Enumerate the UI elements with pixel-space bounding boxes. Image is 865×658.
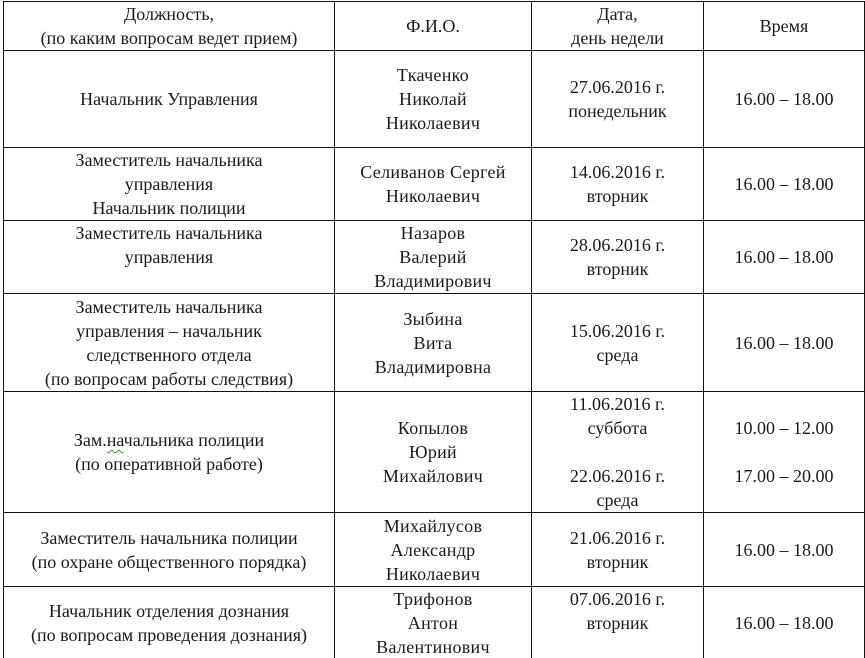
header-time-text: Время xyxy=(706,14,862,38)
name-line: Николай xyxy=(337,87,529,111)
position-line: управления – начальник xyxy=(6,319,332,343)
time-text: 16.00 – 18.00 xyxy=(706,87,862,111)
header-time: Время xyxy=(704,2,865,51)
name-line: Ткаченко xyxy=(337,63,529,87)
header-name-text: Ф.И.О. xyxy=(337,14,529,38)
table-row: Заместитель начальника управления – нача… xyxy=(4,294,865,392)
weekday-text: среда xyxy=(534,343,701,367)
time-text: 16.00 – 18.00 xyxy=(706,538,862,562)
name-line: Владимирович xyxy=(337,269,529,293)
time-cell: 16.00 – 18.00 xyxy=(704,221,865,294)
position-cell: Заместитель начальника полиции (по охран… xyxy=(4,513,335,587)
header-name: Ф.И.О. xyxy=(335,2,532,51)
table-row: Зам.начальника полиции (по оперативной р… xyxy=(4,392,865,513)
position-line: (по оперативной работе) xyxy=(6,452,332,476)
header-position-line: Должность, xyxy=(6,2,332,26)
name-line: Валентинович xyxy=(337,635,529,658)
position-text: Зам. xyxy=(74,430,107,450)
position-line: следственного отдела xyxy=(6,343,332,367)
position-line: Начальник полиции xyxy=(6,196,332,220)
weekday-text: среда xyxy=(534,488,701,512)
name-line: Трифонов xyxy=(337,587,529,611)
time-cell: 16.00 – 18.00 xyxy=(704,513,865,587)
spellcheck-mark: на xyxy=(107,430,124,450)
table-row: Начальник отделения дознания (по вопроса… xyxy=(4,587,865,658)
date-cell: 14.06.2016 г. вторник xyxy=(532,148,704,221)
time-text: 16.00 – 18.00 xyxy=(706,331,862,355)
position-line: Заместитель начальника xyxy=(6,148,332,172)
name-cell: Копылов Юрий Михайлович xyxy=(335,392,532,513)
position-line: (по охране общественного порядка) xyxy=(6,550,332,574)
name-line: Селиванов Сергей xyxy=(337,160,529,184)
date-cell: 11.06.2016 г. суббота 22.06.2016 г. сред… xyxy=(532,392,704,513)
table-row: Заместитель начальника управления Началь… xyxy=(4,148,865,221)
weekday-text: суббота xyxy=(534,416,701,440)
name-line: Назаров xyxy=(337,221,529,245)
time-text: 17.00 – 20.00 xyxy=(706,464,862,488)
name-line: Вита xyxy=(337,331,529,355)
name-line: Валерий xyxy=(337,245,529,269)
date-text: 27.06.2016 г. xyxy=(534,75,701,99)
time-cell: 10.00 – 12.00 17.00 – 20.00 xyxy=(704,392,865,513)
date-text: 21.06.2016 г. xyxy=(534,526,701,550)
time-text: 10.00 – 12.00 xyxy=(706,416,862,440)
weekday-text: понедельник xyxy=(534,99,701,123)
time-cell: 16.00 – 18.00 xyxy=(704,587,865,658)
name-line: Юрий xyxy=(337,440,529,464)
position-cell: Зам.начальника полиции (по оперативной р… xyxy=(4,392,335,513)
time-cell: 16.00 – 18.00 xyxy=(704,294,865,392)
name-cell: Михайлусов Александр Николаевич xyxy=(335,513,532,587)
header-row: Должность, (по каким вопросам ведет прие… xyxy=(4,2,865,51)
date-text: 14.06.2016 г. xyxy=(534,160,701,184)
header-position: Должность, (по каким вопросам ведет прие… xyxy=(4,2,335,51)
name-line: Антон xyxy=(337,611,529,635)
time-text: 16.00 – 18.00 xyxy=(706,172,862,196)
position-cell: Заместитель начальника управления xyxy=(4,221,335,294)
name-line: Николаевич xyxy=(337,111,529,135)
name-cell: Селиванов Сергей Николаевич xyxy=(335,148,532,221)
position-line: Заместитель начальника xyxy=(6,295,332,319)
name-line: Николаевич xyxy=(337,562,529,586)
date-cell: 28.06.2016 г. вторник xyxy=(532,221,704,294)
position-line: (по вопросам работы следствия) xyxy=(6,367,332,391)
table-row: Заместитель начальника управления Назаро… xyxy=(4,221,865,294)
table-row: Заместитель начальника полиции (по охран… xyxy=(4,513,865,587)
date-cell: 07.06.2016 г. вторник xyxy=(532,587,704,658)
name-line: Копылов xyxy=(337,416,529,440)
name-line: Михайлович xyxy=(337,464,529,488)
weekday-text: вторник xyxy=(534,257,701,281)
header-position-line: (по каким вопросам ведет прием) xyxy=(6,26,332,50)
position-line: Начальник отделения дознания xyxy=(6,599,332,623)
position-line: Зам.начальника полиции xyxy=(6,428,332,452)
weekday-text: вторник xyxy=(534,611,701,635)
position-cell: Заместитель начальника управления – нача… xyxy=(4,294,335,392)
name-line: Николаевич xyxy=(337,184,529,208)
name-line: Зыбина xyxy=(337,307,529,331)
date-cell: 27.06.2016 г. понедельник xyxy=(532,51,704,148)
header-date: Дата, день недели xyxy=(532,2,704,51)
position-line: Заместитель начальника xyxy=(6,221,332,245)
table-row: Начальник Управления Ткаченко Николай Ни… xyxy=(4,51,865,148)
name-line: Владимировна xyxy=(337,355,529,379)
weekday-text: вторник xyxy=(534,550,701,574)
date-text: 22.06.2016 г. xyxy=(534,464,701,488)
position-text: чальника полиции xyxy=(124,430,265,450)
position-line: управления xyxy=(6,172,332,196)
position-cell: Заместитель начальника управления Началь… xyxy=(4,148,335,221)
reception-schedule-table: Должность, (по каким вопросам ведет прие… xyxy=(3,1,865,658)
name-cell: Трифонов Антон Валентинович xyxy=(335,587,532,658)
position-line: управления xyxy=(6,245,332,269)
name-cell: Ткаченко Николай Николаевич xyxy=(335,51,532,148)
date-cell: 15.06.2016 г. среда xyxy=(532,294,704,392)
slot-spacer xyxy=(534,440,701,464)
name-cell: Зыбина Вита Владимировна xyxy=(335,294,532,392)
date-text: 28.06.2016 г. xyxy=(534,233,701,257)
name-line: Александр xyxy=(337,538,529,562)
date-text: 11.06.2016 г. xyxy=(534,392,701,416)
header-date-line: день недели xyxy=(534,26,701,50)
name-line: Михайлусов xyxy=(337,514,529,538)
position-cell: Начальник Управления xyxy=(4,51,335,148)
date-cell: 21.06.2016 г. вторник xyxy=(532,513,704,587)
date-text: 15.06.2016 г. xyxy=(534,319,701,343)
time-text: 16.00 – 18.00 xyxy=(706,611,862,635)
position-line: Начальник Управления xyxy=(6,87,332,111)
header-date-line: Дата, xyxy=(534,2,701,26)
position-line: (по вопросам проведения дознания) xyxy=(6,623,332,647)
name-cell: Назаров Валерий Владимирович xyxy=(335,221,532,294)
date-text: 07.06.2016 г. xyxy=(534,587,701,611)
weekday-text: вторник xyxy=(534,184,701,208)
time-text: 16.00 – 18.00 xyxy=(706,245,862,269)
position-cell: Начальник отделения дознания (по вопроса… xyxy=(4,587,335,658)
time-cell: 16.00 – 18.00 xyxy=(704,148,865,221)
time-cell: 16.00 – 18.00 xyxy=(704,51,865,148)
position-line: Заместитель начальника полиции xyxy=(6,526,332,550)
